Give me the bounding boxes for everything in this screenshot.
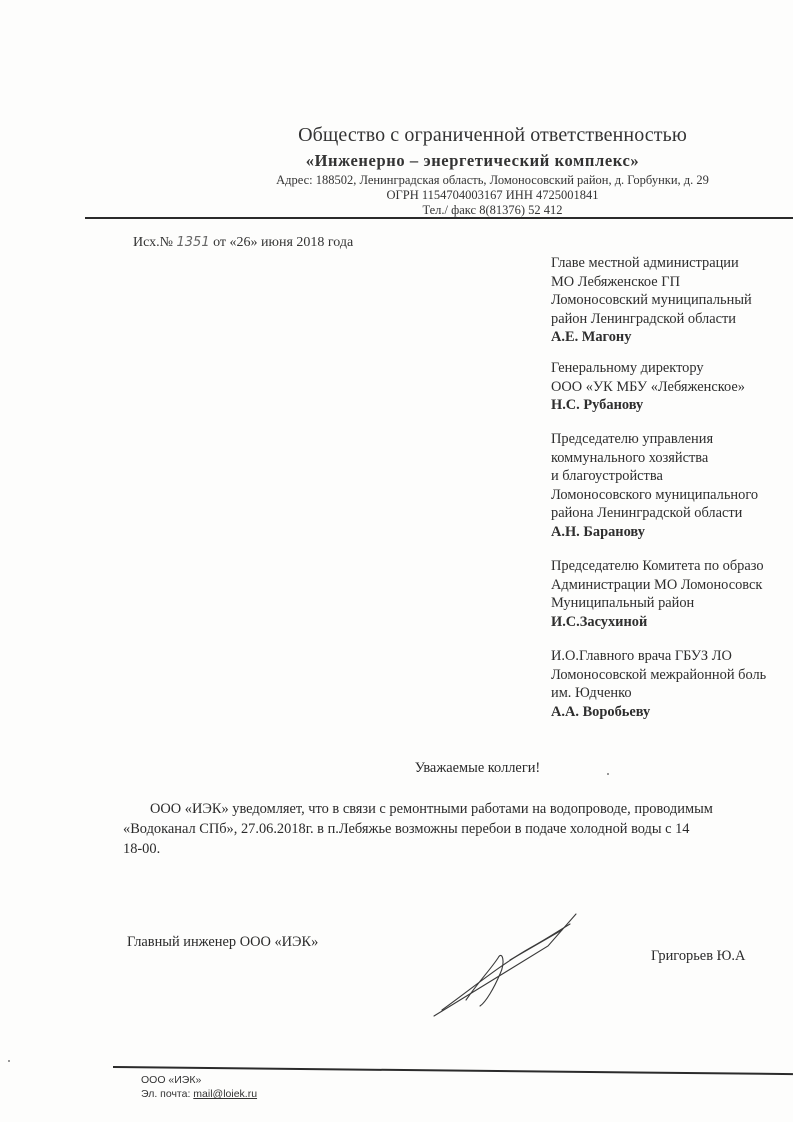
- footer-organization: ООО «ИЭК»: [141, 1074, 201, 1086]
- addressee-line: Председателю Комитета по образо: [551, 557, 764, 576]
- letterhead-phone: Тел./ факс 8(81376) 52 412: [0, 203, 793, 218]
- letterhead-title: Общество с ограниченной ответственностью: [0, 124, 793, 147]
- footer-email-label: Эл. почта:: [141, 1088, 193, 1100]
- reference-prefix: Исх.№: [133, 235, 173, 250]
- letterhead-address: Адрес: 188502, Ленинградская область, Ло…: [0, 173, 793, 188]
- addressee-name: А.А. Воробьеву: [551, 703, 766, 722]
- footer-divider: [113, 1066, 793, 1075]
- footer-email-link[interactable]: mail@loiek.ru: [193, 1088, 257, 1100]
- body-line: ООО «ИЭК» уведомляет, что в связи с ремо…: [123, 799, 713, 819]
- addressee-name: А.Е. Магону: [551, 328, 752, 347]
- addressee-line: района Ленинградской области: [551, 504, 758, 523]
- body-line: «Водоканал СПб», 27.06.2018г. в п.Лебяжь…: [123, 819, 713, 839]
- addressee-block: Председателю управления коммунального хо…: [551, 430, 758, 541]
- scan-artifact: [8, 1060, 10, 1062]
- addressee-block: Генеральному директору ООО «УК МБУ «Лебя…: [551, 359, 745, 415]
- addressee-line: И.О.Главного врача ГБУЗ ЛО: [551, 647, 766, 666]
- outgoing-reference: Исх.№ 1351 от «26» июня 2018 года: [133, 235, 353, 251]
- scan-artifact: [607, 773, 609, 775]
- addressee-line: ООО «УК МБУ «Лебяженское»: [551, 378, 745, 397]
- addressee-line: Председателю управления: [551, 430, 758, 449]
- reference-number: 1351: [177, 235, 210, 250]
- addressee-line: Генеральному директору: [551, 359, 745, 378]
- addressee-line: Ломоносовского муниципального: [551, 486, 758, 505]
- reference-date: от «26» июня 2018 года: [213, 235, 353, 250]
- addressee-line: МО Лебяженское ГП: [551, 273, 752, 292]
- addressee-line: Ломоносовский муниципальный: [551, 291, 752, 310]
- footer-email: Эл. почта: mail@loiek.ru: [141, 1088, 257, 1100]
- letter-body: ООО «ИЭК» уведомляет, что в связи с ремо…: [123, 799, 713, 859]
- addressee-line: коммунального хозяйства: [551, 449, 758, 468]
- addressee-block: Главе местной администрации МО Лебяженск…: [551, 254, 752, 347]
- addressee-block: Председателю Комитета по образо Админист…: [551, 557, 764, 631]
- signer-name: Григорьев Ю.А: [651, 948, 745, 965]
- addressee-line: Администрации МО Ломоносовск: [551, 576, 764, 595]
- addressee-line: Главе местной администрации: [551, 254, 752, 273]
- addressee-name: И.С.Засухиной: [551, 613, 764, 632]
- addressee-block: И.О.Главного врача ГБУЗ ЛО Ломоносовской…: [551, 647, 766, 721]
- letterhead-registration: ОГРН 1154704003167 ИНН 4725001841: [0, 188, 793, 203]
- header-divider: [85, 217, 793, 219]
- signer-position: Главный инженер ООО «ИЭК»: [127, 934, 318, 951]
- addressee-line: и благоустройства: [551, 467, 758, 486]
- letterhead-company-name: «Инженерно – энергетический комплекс»: [0, 151, 793, 171]
- salutation: Уважаемые коллеги!: [0, 760, 793, 777]
- addressee-line: Муниципальный район: [551, 594, 764, 613]
- addressee-line: Ломоносовской межрайонной боль: [551, 666, 766, 685]
- addressee-line: район Ленинградской области: [551, 310, 752, 329]
- addressee-name: А.Н. Баранову: [551, 523, 758, 542]
- handwritten-signature: [430, 910, 580, 1020]
- addressee-name: Н.С. Рубанову: [551, 396, 745, 415]
- body-line: 18-00.: [123, 839, 713, 859]
- addressee-line: им. Юдченко: [551, 684, 766, 703]
